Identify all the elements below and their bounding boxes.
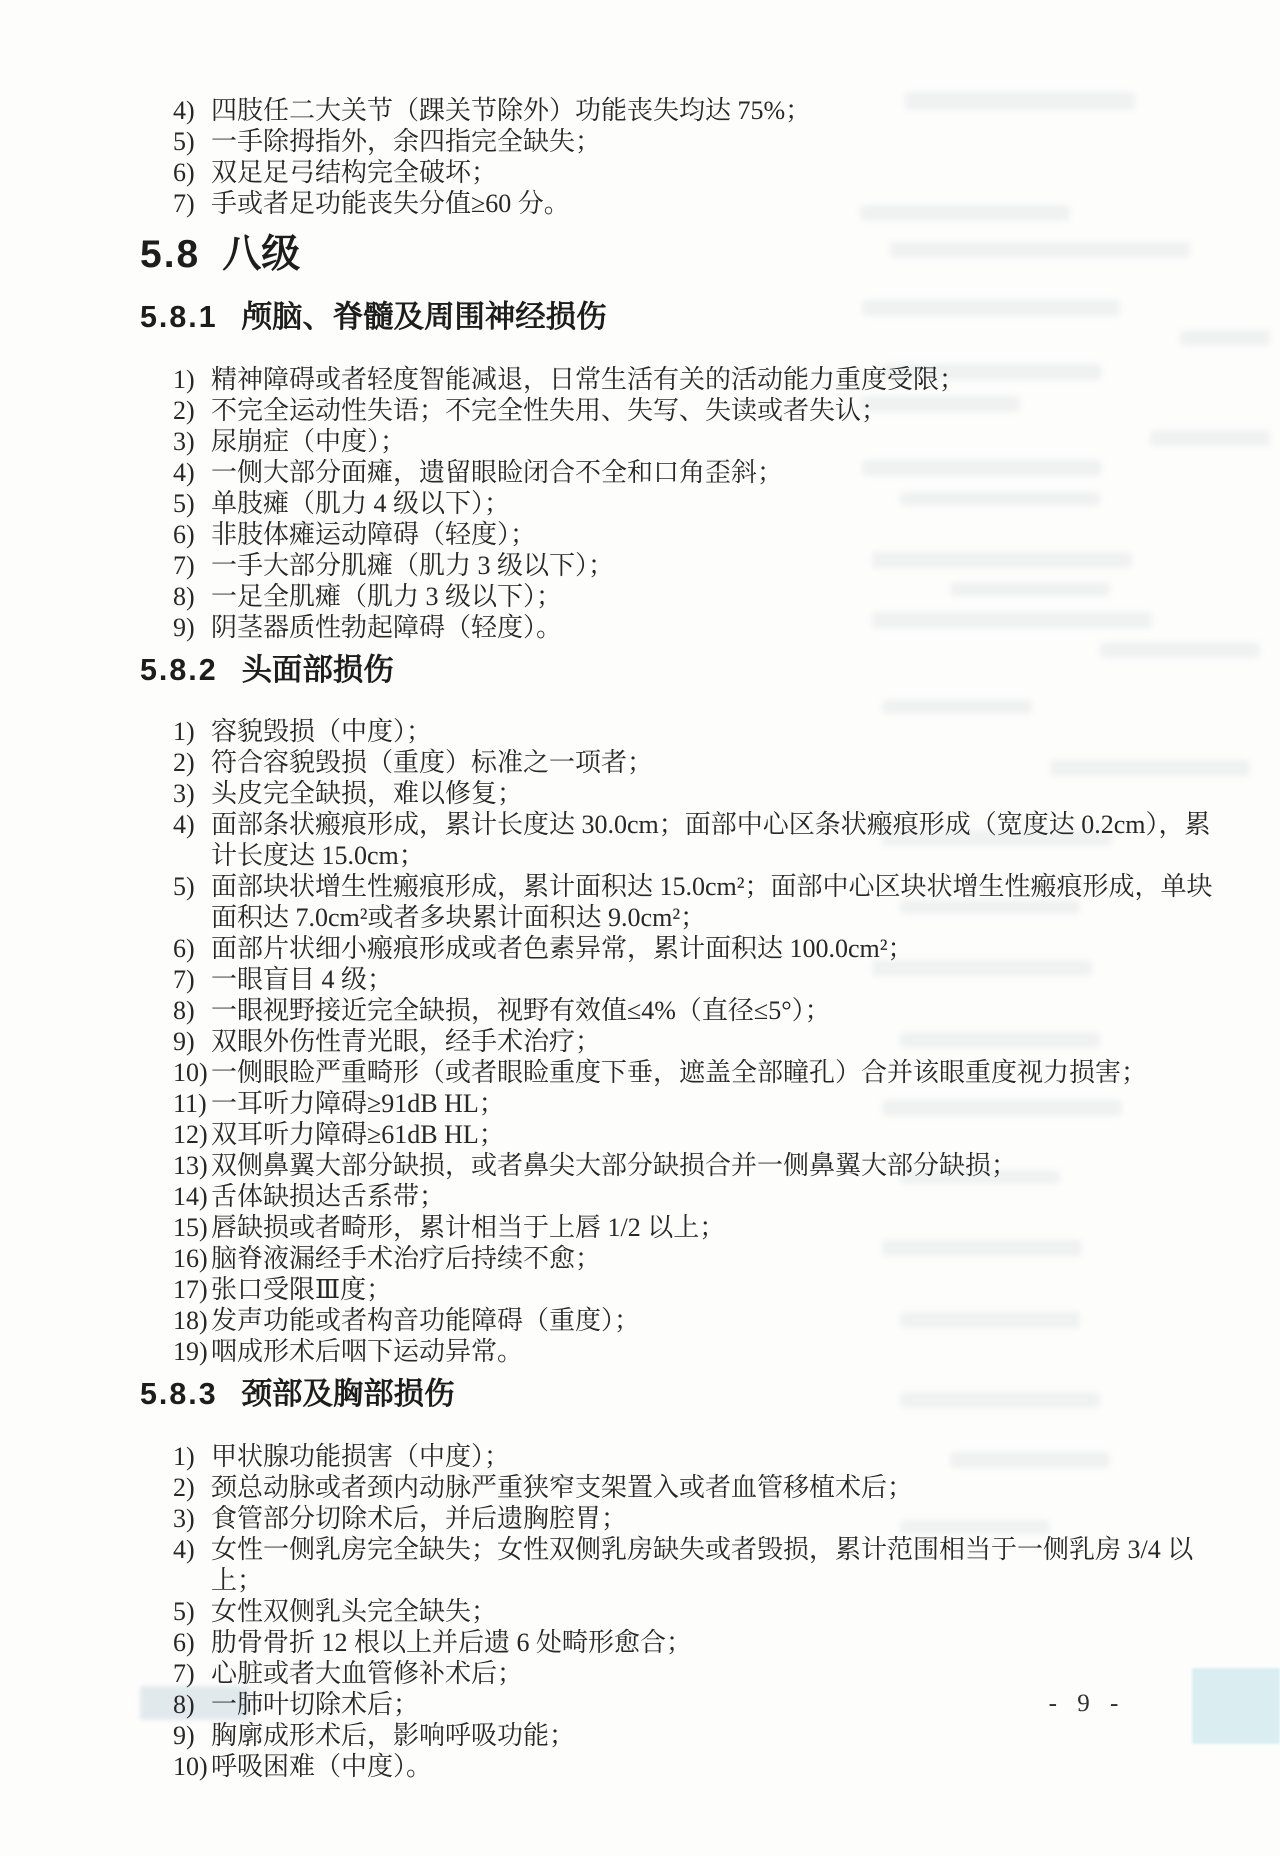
item-text: 一手除拇指外，余四指完全缺失；	[211, 126, 1213, 157]
page-number: - 9 -	[1032, 1688, 1142, 1719]
item-number: 7)	[173, 1658, 211, 1689]
item-number: 1)	[173, 1441, 211, 1472]
section-title: 头面部损伤	[242, 653, 394, 687]
item-number: 5)	[173, 488, 211, 519]
section-item-list: 1)精神障碍或者轻度智能减退，日常生活有关的活动能力重度受限； 2)不完全运动性…	[140, 364, 1246, 643]
item-text: 双眼外伤性青光眼，经手术治疗；	[211, 1026, 1213, 1057]
item-text: 双耳听力障碍≥61dB HL；	[211, 1119, 1213, 1150]
item-number: 2)	[173, 747, 211, 778]
item-text: 手或者足功能丧失分值≥60 分。	[211, 188, 1213, 219]
section-item-list: 1)甲状腺功能损害（中度）； 2)颈总动脉或者颈内动脉严重狭窄支架置入或者血管移…	[140, 1441, 1246, 1782]
list-item: 14)舌体缺损达舌系带；	[173, 1181, 1246, 1212]
section-heading: 5.8.3颈部及胸部损伤	[140, 1379, 1246, 1410]
list-item: 8)一足全肌瘫（肌力 3 级以下）；	[173, 581, 1246, 612]
item-text: 一侧眼睑严重畸形（或者眼睑重度下垂，遮盖全部瞳孔）合并该眼重度视力损害；	[211, 1057, 1213, 1088]
item-text: 精神障碍或者轻度智能减退，日常生活有关的活动能力重度受限；	[211, 364, 1213, 395]
item-text: 符合容貌毁损（重度）标准之一项者；	[211, 747, 1213, 778]
section-number: 5.8.1	[140, 300, 218, 334]
list-item: 9)胸廓成形术后，影响呼吸功能；	[173, 1720, 1246, 1751]
item-text: 非肢体瘫运动障碍（轻度）；	[211, 519, 1213, 550]
item-number: 10)	[173, 1751, 211, 1782]
section-item-list: 1)容貌毁损（中度）； 2)符合容貌毁损（重度）标准之一项者； 3)头皮完全缺损…	[140, 716, 1246, 1367]
item-number: 6)	[173, 1627, 211, 1658]
item-text: 容貌毁损（中度）；	[211, 716, 1213, 747]
item-number: 9)	[173, 612, 211, 643]
item-number: 6)	[173, 157, 211, 188]
item-number: 4)	[173, 809, 211, 840]
item-number: 4)	[173, 1534, 211, 1565]
item-number: 7)	[173, 550, 211, 581]
list-item: 5)面部块状增生性瘢痕形成，累计面积达 15.0cm²；面部中心区块状增生性瘢痕…	[173, 871, 1246, 933]
list-item: 7)一手大部分肌瘫（肌力 3 级以下）；	[173, 550, 1246, 581]
item-text: 咽成形术后咽下运动异常。	[211, 1336, 1213, 1367]
list-item: 10)呼吸困难（中度）。	[173, 1751, 1246, 1782]
item-number: 10)	[173, 1057, 211, 1088]
item-number: 3)	[173, 426, 211, 457]
list-item: 9)双眼外伤性青光眼，经手术治疗；	[173, 1026, 1246, 1057]
item-number: 16)	[173, 1243, 211, 1274]
item-text: 食管部分切除术后，并后遗胸腔胃；	[211, 1503, 1213, 1534]
list-item: 4)一侧大部分面瘫，遗留眼睑闭合不全和口角歪斜；	[173, 457, 1246, 488]
item-number: 18)	[173, 1305, 211, 1336]
list-item: 17)张口受限Ⅲ度；	[173, 1274, 1246, 1305]
item-text: 头皮完全缺损，难以修复；	[211, 778, 1213, 809]
item-number: 15)	[173, 1212, 211, 1243]
item-number: 17)	[173, 1274, 211, 1305]
item-number: 3)	[173, 778, 211, 809]
item-text: 张口受限Ⅲ度；	[211, 1274, 1213, 1305]
item-number: 5)	[173, 871, 211, 902]
section-heading: 5.8.1颅脑、脊髓及周围神经损伤	[140, 302, 1246, 333]
document-content: 4)四肢任二大关节（踝关节除外）功能丧失均达 75%； 5)一手除拇指外，余四指…	[140, 95, 1246, 1782]
item-text: 一侧大部分面瘫，遗留眼睑闭合不全和口角歪斜；	[211, 457, 1213, 488]
list-item: 4)四肢任二大关节（踝关节除外）功能丧失均达 75%；	[173, 95, 1246, 126]
list-item: 6)双足足弓结构完全破坏；	[173, 157, 1246, 188]
section-number: 5.8.3	[140, 1377, 218, 1411]
item-text: 双侧鼻翼大部分缺损，或者鼻尖大部分缺损合并一侧鼻翼大部分缺损；	[211, 1150, 1213, 1181]
item-number: 13)	[173, 1150, 211, 1181]
item-text: 不完全运动性失语；不完全性失用、失写、失读或者失认；	[211, 395, 1213, 426]
item-text: 面部块状增生性瘢痕形成，累计面积达 15.0cm²；面部中心区块状增生性瘢痕形成…	[211, 871, 1213, 933]
item-number: 2)	[173, 1472, 211, 1503]
item-text: 肋骨骨折 12 根以上并后遗 6 处畸形愈合；	[211, 1627, 1213, 1658]
section: 5.8.1颅脑、脊髓及周围神经损伤 1)精神障碍或者轻度智能减退，日常生活有关的…	[140, 302, 1246, 642]
list-item: 5)单肢瘫（肌力 4 级以下）；	[173, 488, 1246, 519]
item-text: 一手大部分肌瘫（肌力 3 级以下）；	[211, 550, 1213, 581]
chapter-number: 5.8	[140, 233, 200, 276]
chapter-heading: 5.8八级	[140, 239, 1246, 270]
list-item: 6)肋骨骨折 12 根以上并后遗 6 处畸形愈合；	[173, 1627, 1246, 1658]
item-number: 8)	[173, 581, 211, 612]
list-item: 6)非肢体瘫运动障碍（轻度）；	[173, 519, 1246, 550]
section-number: 5.8.2	[140, 653, 218, 687]
item-text: 胸廓成形术后，影响呼吸功能；	[211, 1720, 1213, 1751]
leading-item-group: 4)四肢任二大关节（踝关节除外）功能丧失均达 75%； 5)一手除拇指外，余四指…	[140, 95, 1246, 219]
item-text: 脑脊液漏经手术治疗后持续不愈；	[211, 1243, 1213, 1274]
item-text: 双足足弓结构完全破坏；	[211, 157, 1213, 188]
item-number: 19)	[173, 1336, 211, 1367]
item-number: 9)	[173, 1720, 211, 1751]
item-number: 6)	[173, 933, 211, 964]
list-item: 1)甲状腺功能损害（中度）；	[173, 1441, 1246, 1472]
item-text: 面部条状瘢痕形成，累计长度达 30.0cm；面部中心区条状瘢痕形成（宽度达 0.…	[211, 809, 1213, 871]
item-number: 3)	[173, 1503, 211, 1534]
item-number: 7)	[173, 964, 211, 995]
item-text: 舌体缺损达舌系带；	[211, 1181, 1213, 1212]
item-text: 女性一侧乳房完全缺失；女性双侧乳房缺失或者毁损，累计范围相当于一侧乳房 3/4 …	[211, 1534, 1213, 1596]
leading-item-list: 4)四肢任二大关节（踝关节除外）功能丧失均达 75%； 5)一手除拇指外，余四指…	[140, 95, 1246, 219]
section-title: 颈部及胸部损伤	[242, 1377, 455, 1411]
item-number: 8)	[173, 1689, 211, 1720]
list-item: 15)唇缺损或者畸形，累计相当于上唇 1/2 以上；	[173, 1212, 1246, 1243]
document-page: 4)四肢任二大关节（踝关节除外）功能丧失均达 75%； 5)一手除拇指外，余四指…	[0, 0, 1280, 1856]
list-item: 19)咽成形术后咽下运动异常。	[173, 1336, 1246, 1367]
list-item: 1)精神障碍或者轻度智能减退，日常生活有关的活动能力重度受限；	[173, 364, 1246, 395]
item-text: 一眼视野接近完全缺损，视野有效值≤4%（直径≤5°）；	[211, 995, 1213, 1026]
list-item: 8)一眼视野接近完全缺损，视野有效值≤4%（直径≤5°）；	[173, 995, 1246, 1026]
item-text: 面部片状细小瘢痕形成或者色素异常，累计面积达 100.0cm²；	[211, 933, 1213, 964]
item-text: 颈总动脉或者颈内动脉严重狭窄支架置入或者血管移植术后；	[211, 1472, 1213, 1503]
list-item: 5)女性双侧乳头完全缺失；	[173, 1596, 1246, 1627]
list-item: 9)阴茎器质性勃起障碍（轻度）。	[173, 612, 1246, 643]
item-number: 2)	[173, 395, 211, 426]
item-number: 8)	[173, 995, 211, 1026]
item-number: 4)	[173, 457, 211, 488]
list-item: 4)女性一侧乳房完全缺失；女性双侧乳房缺失或者毁损，累计范围相当于一侧乳房 3/…	[173, 1534, 1246, 1596]
item-text: 四肢任二大关节（踝关节除外）功能丧失均达 75%；	[211, 95, 1213, 126]
list-item: 2)颈总动脉或者颈内动脉严重狭窄支架置入或者血管移植术后；	[173, 1472, 1246, 1503]
item-number: 5)	[173, 1596, 211, 1627]
list-item: 10)一侧眼睑严重畸形（或者眼睑重度下垂，遮盖全部瞳孔）合并该眼重度视力损害；	[173, 1057, 1246, 1088]
chapter-title: 八级	[222, 233, 300, 276]
list-item: 16)脑脊液漏经手术治疗后持续不愈；	[173, 1243, 1246, 1274]
item-text: 一足全肌瘫（肌力 3 级以下）；	[211, 581, 1213, 612]
item-text: 一眼盲目 4 级；	[211, 964, 1213, 995]
item-number: 1)	[173, 364, 211, 395]
item-text: 一耳听力障碍≥91dB HL；	[211, 1088, 1213, 1119]
list-item: 3)食管部分切除术后，并后遗胸腔胃；	[173, 1503, 1246, 1534]
list-item: 18)发声功能或者构音功能障碍（重度）；	[173, 1305, 1246, 1336]
item-number: 5)	[173, 126, 211, 157]
list-item: 1)容貌毁损（中度）；	[173, 716, 1246, 747]
list-item: 2)不完全运动性失语；不完全性失用、失写、失读或者失认；	[173, 395, 1246, 426]
item-text: 甲状腺功能损害（中度）；	[211, 1441, 1213, 1472]
item-text: 女性双侧乳头完全缺失；	[211, 1596, 1213, 1627]
item-number: 7)	[173, 188, 211, 219]
list-item: 7)心脏或者大血管修补术后；	[173, 1658, 1246, 1689]
list-item: 13)双侧鼻翼大部分缺损，或者鼻尖大部分缺损合并一侧鼻翼大部分缺损；	[173, 1150, 1246, 1181]
item-number: 4)	[173, 95, 211, 126]
item-text: 阴茎器质性勃起障碍（轻度）。	[211, 612, 1213, 643]
item-number: 11)	[173, 1088, 211, 1119]
list-item: 12)双耳听力障碍≥61dB HL；	[173, 1119, 1246, 1150]
list-item: 3)尿崩症（中度）；	[173, 426, 1246, 457]
list-item: 7)手或者足功能丧失分值≥60 分。	[173, 188, 1246, 219]
item-text: 尿崩症（中度）；	[211, 426, 1213, 457]
list-item: 2)符合容貌毁损（重度）标准之一项者；	[173, 747, 1246, 778]
section: 5.8.2头面部损伤 1)容貌毁损（中度）； 2)符合容貌毁损（重度）标准之一项…	[140, 655, 1246, 1367]
list-item: 5)一手除拇指外，余四指完全缺失；	[173, 126, 1246, 157]
section-list: 5.8.1颅脑、脊髓及周围神经损伤 1)精神障碍或者轻度智能减退，日常生活有关的…	[140, 302, 1246, 1781]
item-text: 单肢瘫（肌力 4 级以下）；	[211, 488, 1213, 519]
list-item: 4)面部条状瘢痕形成，累计长度达 30.0cm；面部中心区条状瘢痕形成（宽度达 …	[173, 809, 1246, 871]
list-item: 7)一眼盲目 4 级；	[173, 964, 1246, 995]
item-number: 1)	[173, 716, 211, 747]
item-text: 心脏或者大血管修补术后；	[211, 1658, 1213, 1689]
item-number: 12)	[173, 1119, 211, 1150]
item-number: 6)	[173, 519, 211, 550]
item-text: 发声功能或者构音功能障碍（重度）；	[211, 1305, 1213, 1336]
item-number: 9)	[173, 1026, 211, 1057]
item-text: 呼吸困难（中度）。	[211, 1751, 1213, 1782]
section-heading: 5.8.2头面部损伤	[140, 655, 1246, 686]
list-item: 6)面部片状细小瘢痕形成或者色素异常，累计面积达 100.0cm²；	[173, 933, 1246, 964]
item-number: 14)	[173, 1181, 211, 1212]
section-title: 颅脑、脊髓及周围神经损伤	[242, 300, 607, 334]
list-item: 11)一耳听力障碍≥91dB HL；	[173, 1088, 1246, 1119]
item-text: 唇缺损或者畸形，累计相当于上唇 1/2 以上；	[211, 1212, 1213, 1243]
section: 5.8.3颈部及胸部损伤 1)甲状腺功能损害（中度）； 2)颈总动脉或者颈内动脉…	[140, 1379, 1246, 1781]
list-item: 3)头皮完全缺损，难以修复；	[173, 778, 1246, 809]
